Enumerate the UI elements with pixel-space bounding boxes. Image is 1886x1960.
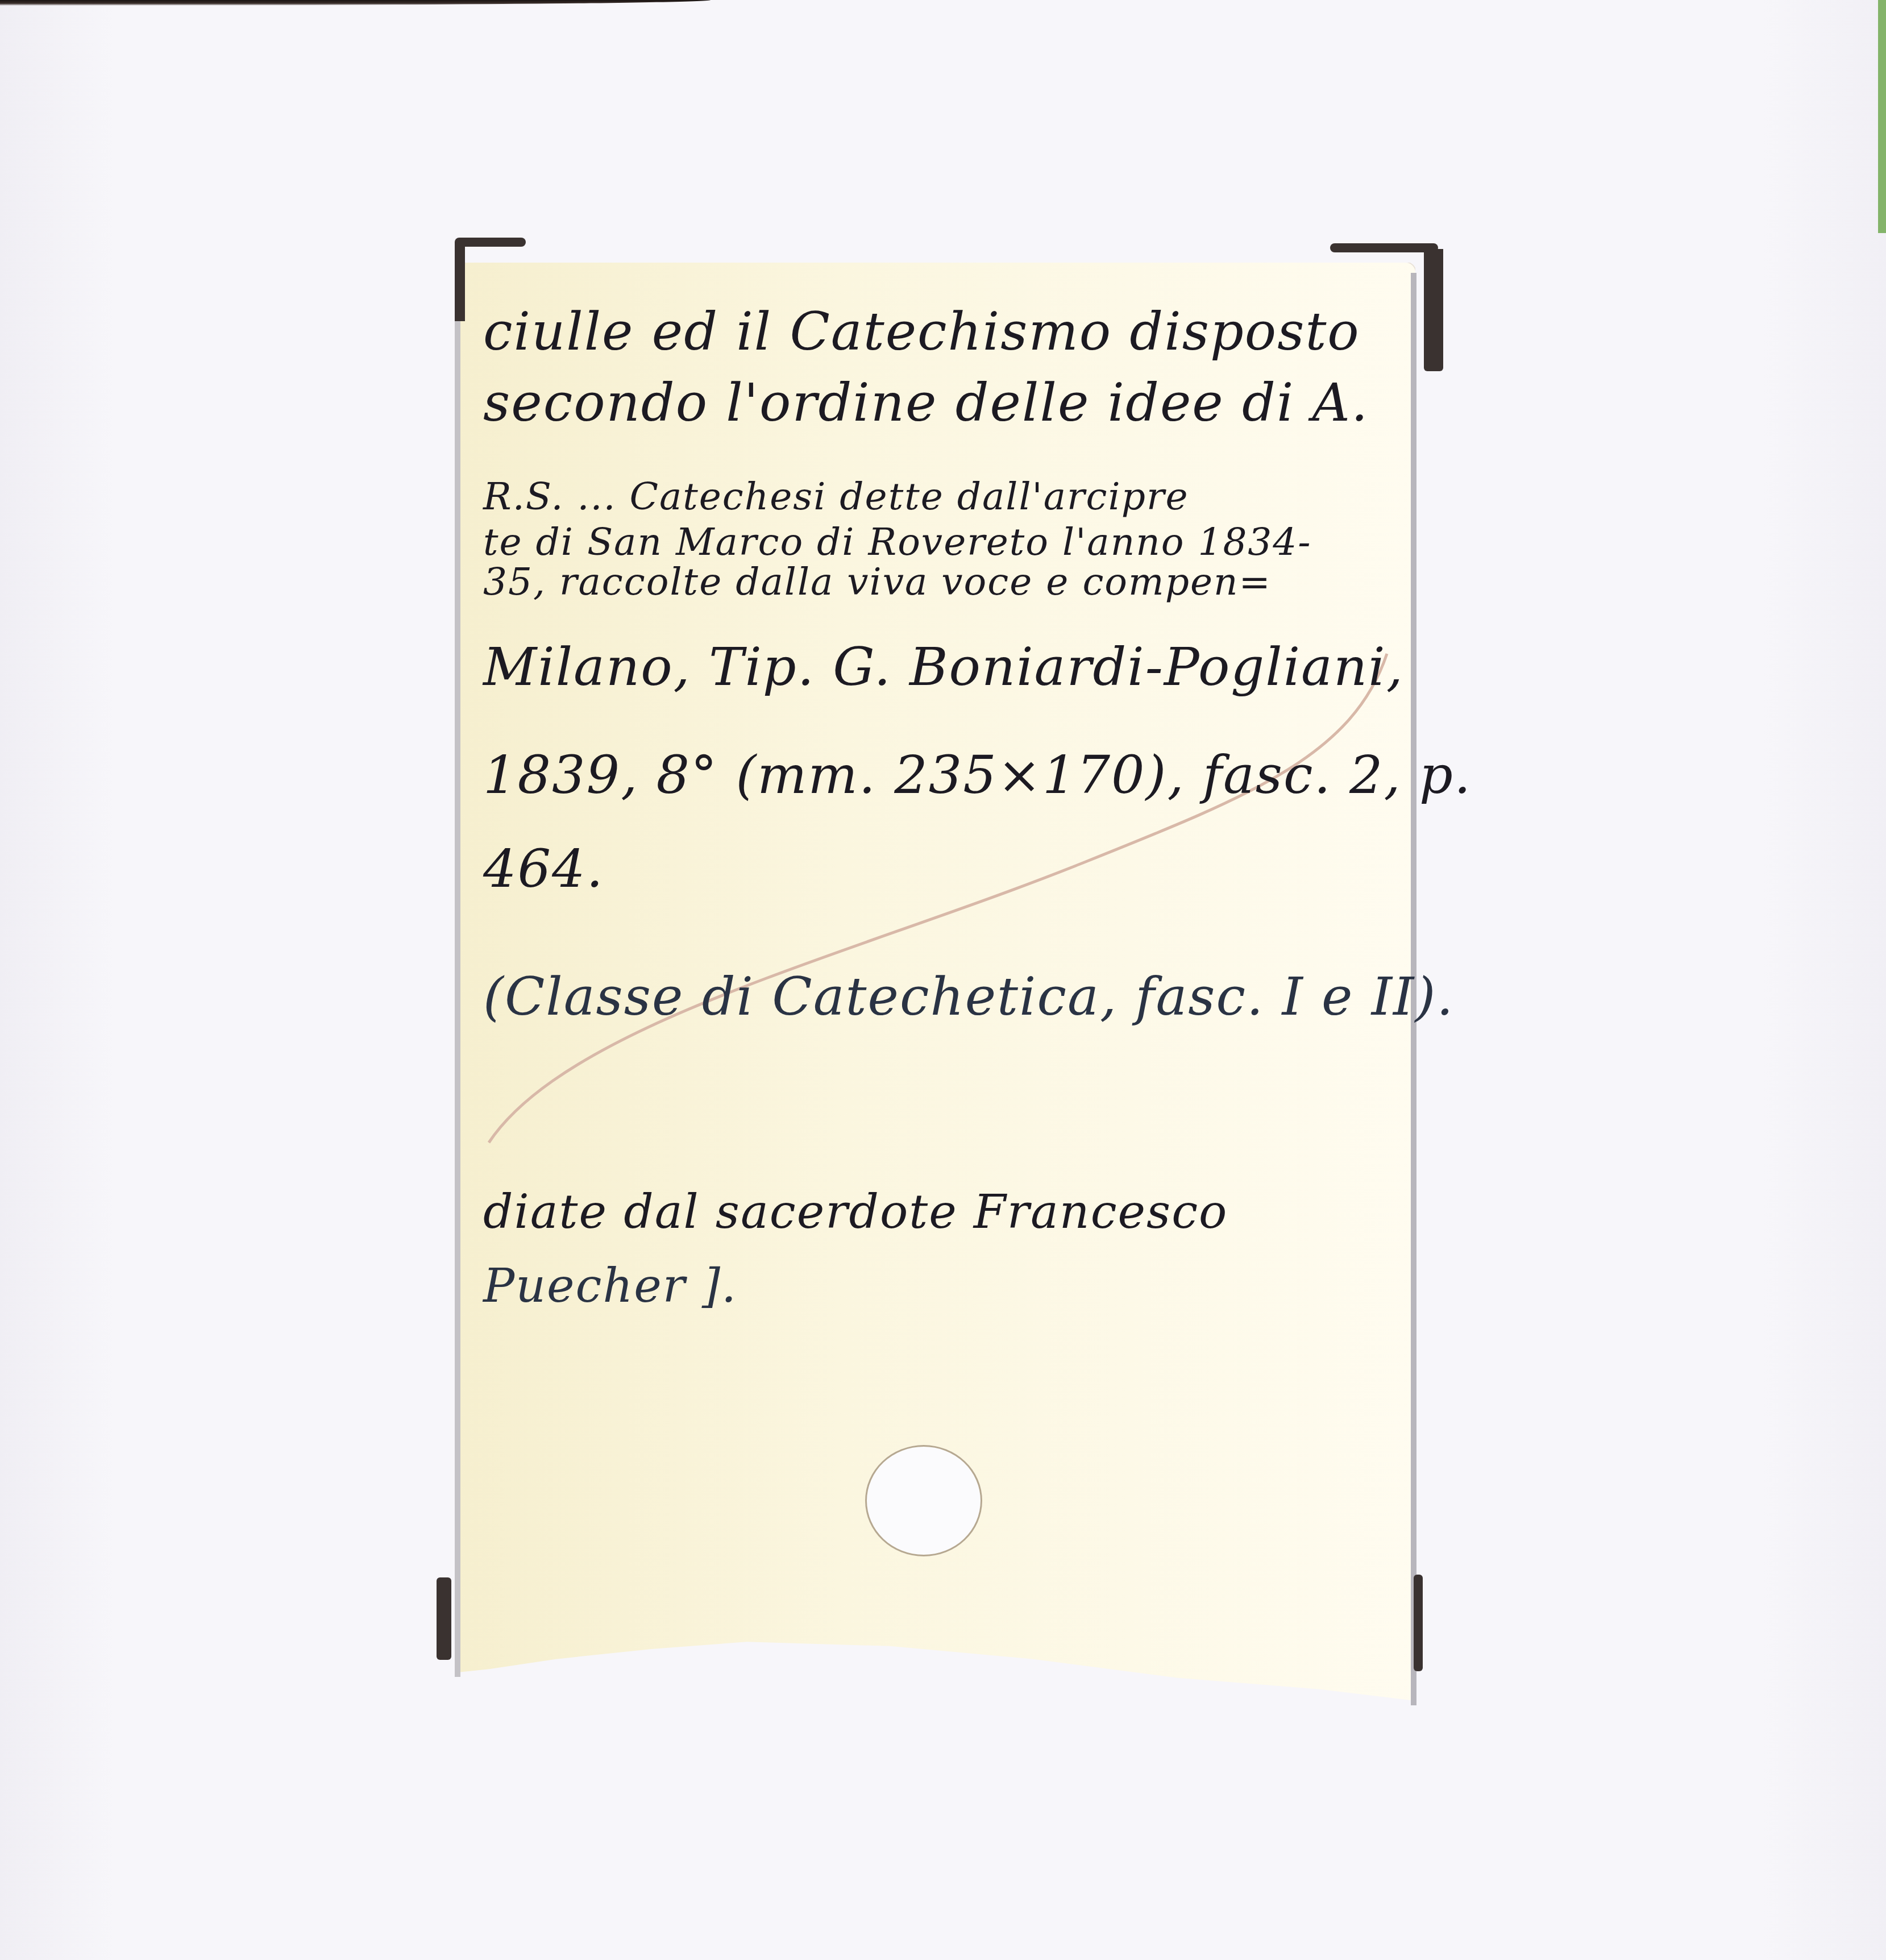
- card-left-edge: [455, 267, 460, 1677]
- text-line: 464.: [483, 838, 604, 899]
- text-line: Milano, Tip. G. Boniardi-Pogliani,: [483, 637, 1404, 697]
- photo-corner-clip-bottom-right: [1414, 1575, 1423, 1671]
- photo-corner-clip-top-left: [455, 238, 526, 247]
- text-line: Puecher ].: [483, 1259, 737, 1313]
- text-line: diate dal sacerdote Francesco: [483, 1185, 1228, 1239]
- text-line: te di San Marco di Rovereto l'anno 1834-: [483, 520, 1312, 564]
- text-line: 35, raccolte dalla viva voce e compen=: [483, 560, 1272, 604]
- text-line: (Classe di Catechetica, fasc. I e II).: [483, 966, 1455, 1027]
- photo-corner-clip-top-right-vertical: [1424, 249, 1443, 371]
- photo-corner-clip-top-left-vertical: [455, 242, 465, 321]
- photo-corner-clip-bottom-left: [437, 1577, 451, 1660]
- text-line: secondo l'ordine delle idee di A.: [483, 372, 1369, 433]
- text-line: R.S. ... Catechesi dette dall'arcipre: [483, 475, 1189, 518]
- card-punch-hole: [865, 1445, 982, 1556]
- photo-corner-clip-top-right: [1330, 243, 1438, 252]
- text-line: 1839, 8° (mm. 235×170), fasc. 2, p.: [483, 745, 1472, 805]
- green-edge-strip: [1878, 0, 1886, 233]
- text-line: ciulle ed il Catechismo disposto: [483, 301, 1360, 362]
